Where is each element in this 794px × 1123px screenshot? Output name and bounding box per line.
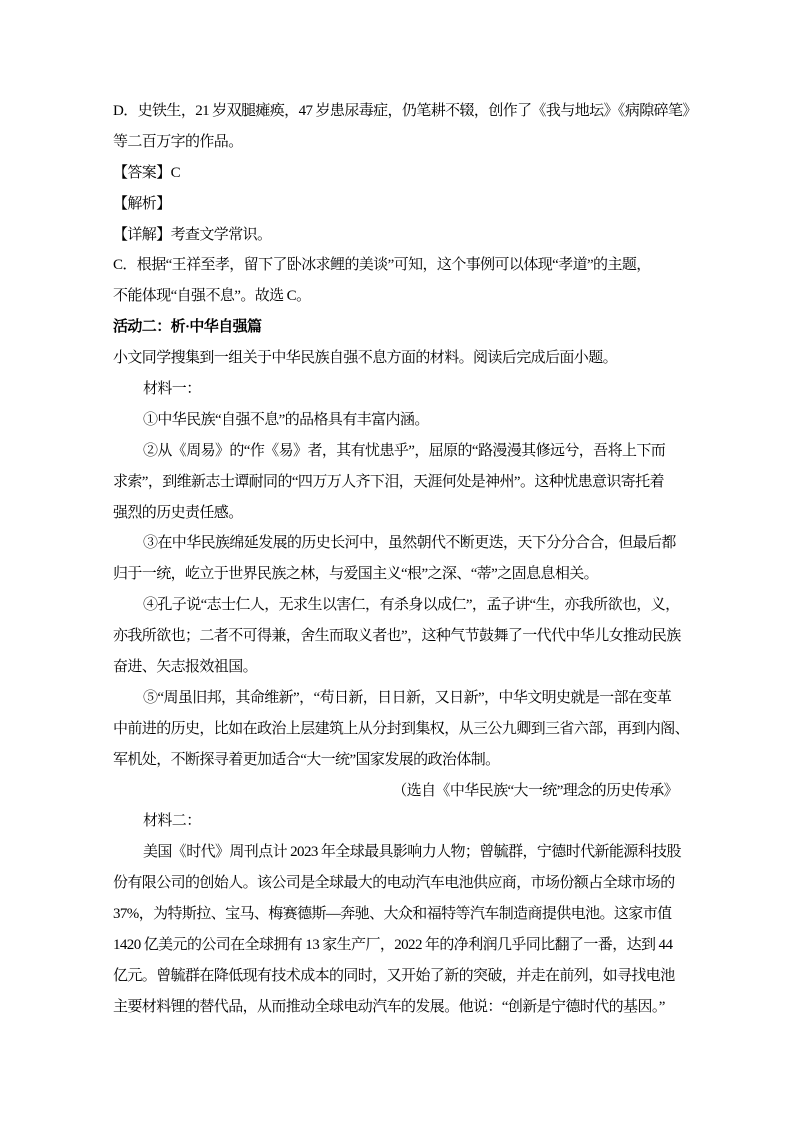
material-two-line-5: 亿元。曾毓群在降低现有技术成本的同时，又开始了新的突破，并走在前列，如寻找电池 bbox=[113, 961, 694, 992]
material-one-point-4-line-2: 亦我所欲也；二者不可得兼，舍生而取义者也”，这种气节鼓舞了一代代中华儿女推动民族 bbox=[113, 621, 694, 652]
material-one-point-2-line-3: 强烈的历史责任感。 bbox=[113, 498, 694, 529]
material-two-line-6: 主要材料锂的替代品，从而推动全球电动汽车的发展。他说：“创新是宁德时代的基因。” bbox=[113, 992, 694, 1023]
activity-intro-line: 小文同学搜集到一组关于中华民族自强不息方面的材料。阅读后完成后面小题。 bbox=[113, 343, 694, 374]
material-one-point-5-line-1: ⑤“周虽旧邦，其命维新”，“苟日新，日日新，又日新”，中华文明史就是一部在变革 bbox=[113, 683, 694, 714]
detail-explanation-line: 【详解】考查文学常识。 bbox=[113, 220, 694, 251]
material-two-line-3: 37%，为特斯拉、宝马、梅赛德斯—奔驰、大众和福特等汽车制造商提供电池。这家市值 bbox=[113, 899, 694, 930]
material-one-point-5-line-3: 军机处，不断探寻着更加适合“大一统”国家发展的政治体制。 bbox=[113, 745, 694, 776]
material-two-line-2: 份有限公司的创始人。该公司是全球最大的电动汽车电池供应商，市场份额占全球市场的 bbox=[113, 868, 694, 899]
material-one-point-1: ①中华民族“自强不息”的品格具有丰富内涵。 bbox=[113, 405, 694, 436]
answer-line: 【答案】C bbox=[113, 158, 694, 189]
material-two-label: 材料二： bbox=[113, 806, 694, 837]
material-one-label: 材料一： bbox=[113, 374, 694, 405]
source-citation: （选自《中华民族“大一统”理念的历史传承》 bbox=[113, 776, 694, 807]
activity-two-heading: 活动二：析·中华自强篇 bbox=[113, 312, 694, 343]
material-one-point-4-line-3: 奋进、矢志报效祖国。 bbox=[113, 652, 694, 683]
explanation-line-1: C．根据“王祥至孝，留下了卧冰求鲤的美谈”可知，这个事例可以体现“孝道”的主题， bbox=[113, 250, 694, 281]
option-d-line-2: 等二百万字的作品。 bbox=[113, 127, 694, 158]
material-one-point-3-line-1: ③在中华民族绵延发展的历史长河中，虽然朝代不断更迭，天下分分合合，但最后都 bbox=[113, 528, 694, 559]
explanation-line-2: 不能体现“自强不息”。故选 C。 bbox=[113, 281, 694, 312]
material-one-point-5-line-2: 中前进的历史，比如在政治上层建筑上从分封到集权，从三公九卿到三省六部，再到内阁、 bbox=[113, 714, 694, 745]
document-page: D．史铁生，21 岁双腿瘫痪，47 岁患尿毒症，仍笔耕不辍，创作了《我与地坛》《… bbox=[0, 0, 794, 1123]
material-one-point-3-line-2: 归于一统，屹立于世界民族之林，与爱国主义“根”之深、“蒂”之固息息相关。 bbox=[113, 559, 694, 590]
material-one-point-4-line-1: ④孔子说“志士仁人，无求生以害仁，有杀身以成仁”，孟子讲“生，亦我所欲也，义， bbox=[113, 590, 694, 621]
option-d-line-1: D．史铁生，21 岁双腿瘫痪，47 岁患尿毒症，仍笔耕不辍，创作了《我与地坛》《… bbox=[113, 96, 694, 127]
material-two-line-1: 美国《时代》周刊点计 2023 年全球最具影响力人物；曾毓群，宁德时代新能源科技… bbox=[113, 837, 694, 868]
analysis-label: 【解析】 bbox=[113, 189, 694, 220]
material-one-point-2-line-2: 求索”，到维新志士谭耐同的“四万万人齐下泪，天涯何处是神州”。这种忧患意识寄托着 bbox=[113, 467, 694, 498]
material-two-line-4: 1420 亿美元的公司在全球拥有 13 家生产厂，2022 年的净利润几乎同比翻… bbox=[113, 930, 694, 961]
material-one-point-2-line-1: ②从《周易》的“作《易》者，其有忧患乎”，屈原的“路漫漫其修远兮，吾将上下而 bbox=[113, 436, 694, 467]
